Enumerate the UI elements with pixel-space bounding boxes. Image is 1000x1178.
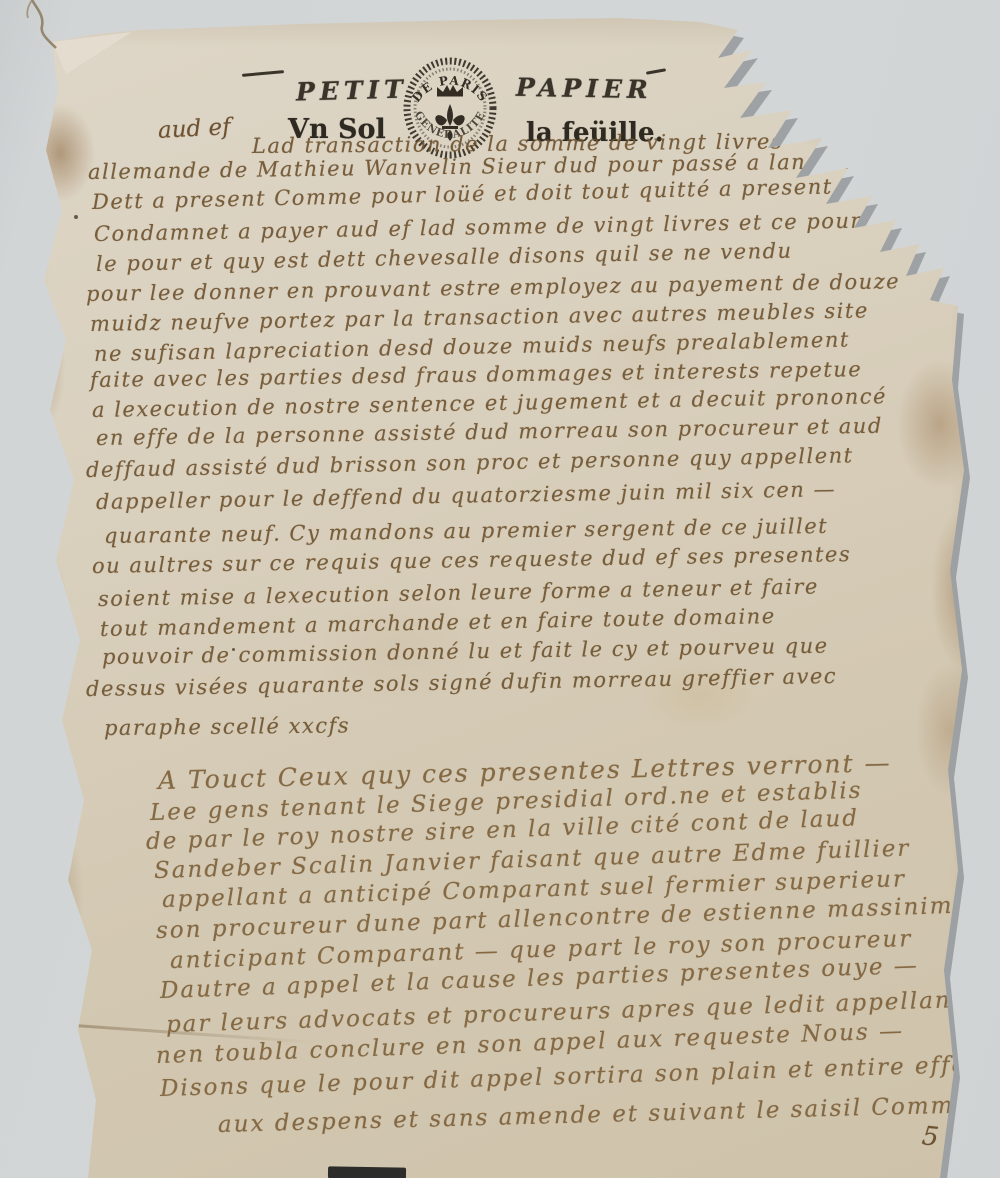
manuscript-line: le pour et quy est dett chevesalle dison…: [96, 239, 793, 276]
stamp-word-papier: PAPIER: [516, 73, 653, 104]
ink-speck: [74, 215, 78, 219]
manuscript-line: deffaud assisté dud brisson son proc et …: [86, 443, 854, 482]
dark-object-bottom: [328, 1166, 406, 1178]
manuscript-line: paraphe scellé xxcfs: [104, 713, 350, 740]
manuscript-line: quarante neuf. Cy mandons au premier ser…: [104, 514, 828, 548]
manuscript-line: ou aultres sur ce requis que ces request…: [92, 542, 852, 578]
manuscript-line: pouvoir de commission donné lu et fait l…: [102, 634, 829, 669]
stamp-abbreviation-mark: [242, 70, 284, 77]
photograph-of-manuscript: PETIT PAPIER Vn Sol la feüille. DE PARIS…: [0, 0, 1000, 1178]
stamp-word-petit: PETIT: [296, 75, 408, 107]
manuscript-paper: PETIT PAPIER Vn Sol la feüille. DE PARIS…: [0, 0, 1000, 1178]
margin-note-aud-ef: aud ef: [157, 114, 231, 144]
page-mark: 5: [920, 1121, 940, 1153]
stamp-abbreviation-mark: [646, 68, 666, 74]
manuscript-line: dappeller pour le deffend du quatorziesm…: [96, 477, 836, 514]
manuscript-line: dessus visées quarante sols signé dufin …: [86, 664, 837, 701]
binding-thread: [16, 0, 86, 64]
manuscript-line: aux despens et sans amende et suivant le…: [218, 1090, 1000, 1138]
